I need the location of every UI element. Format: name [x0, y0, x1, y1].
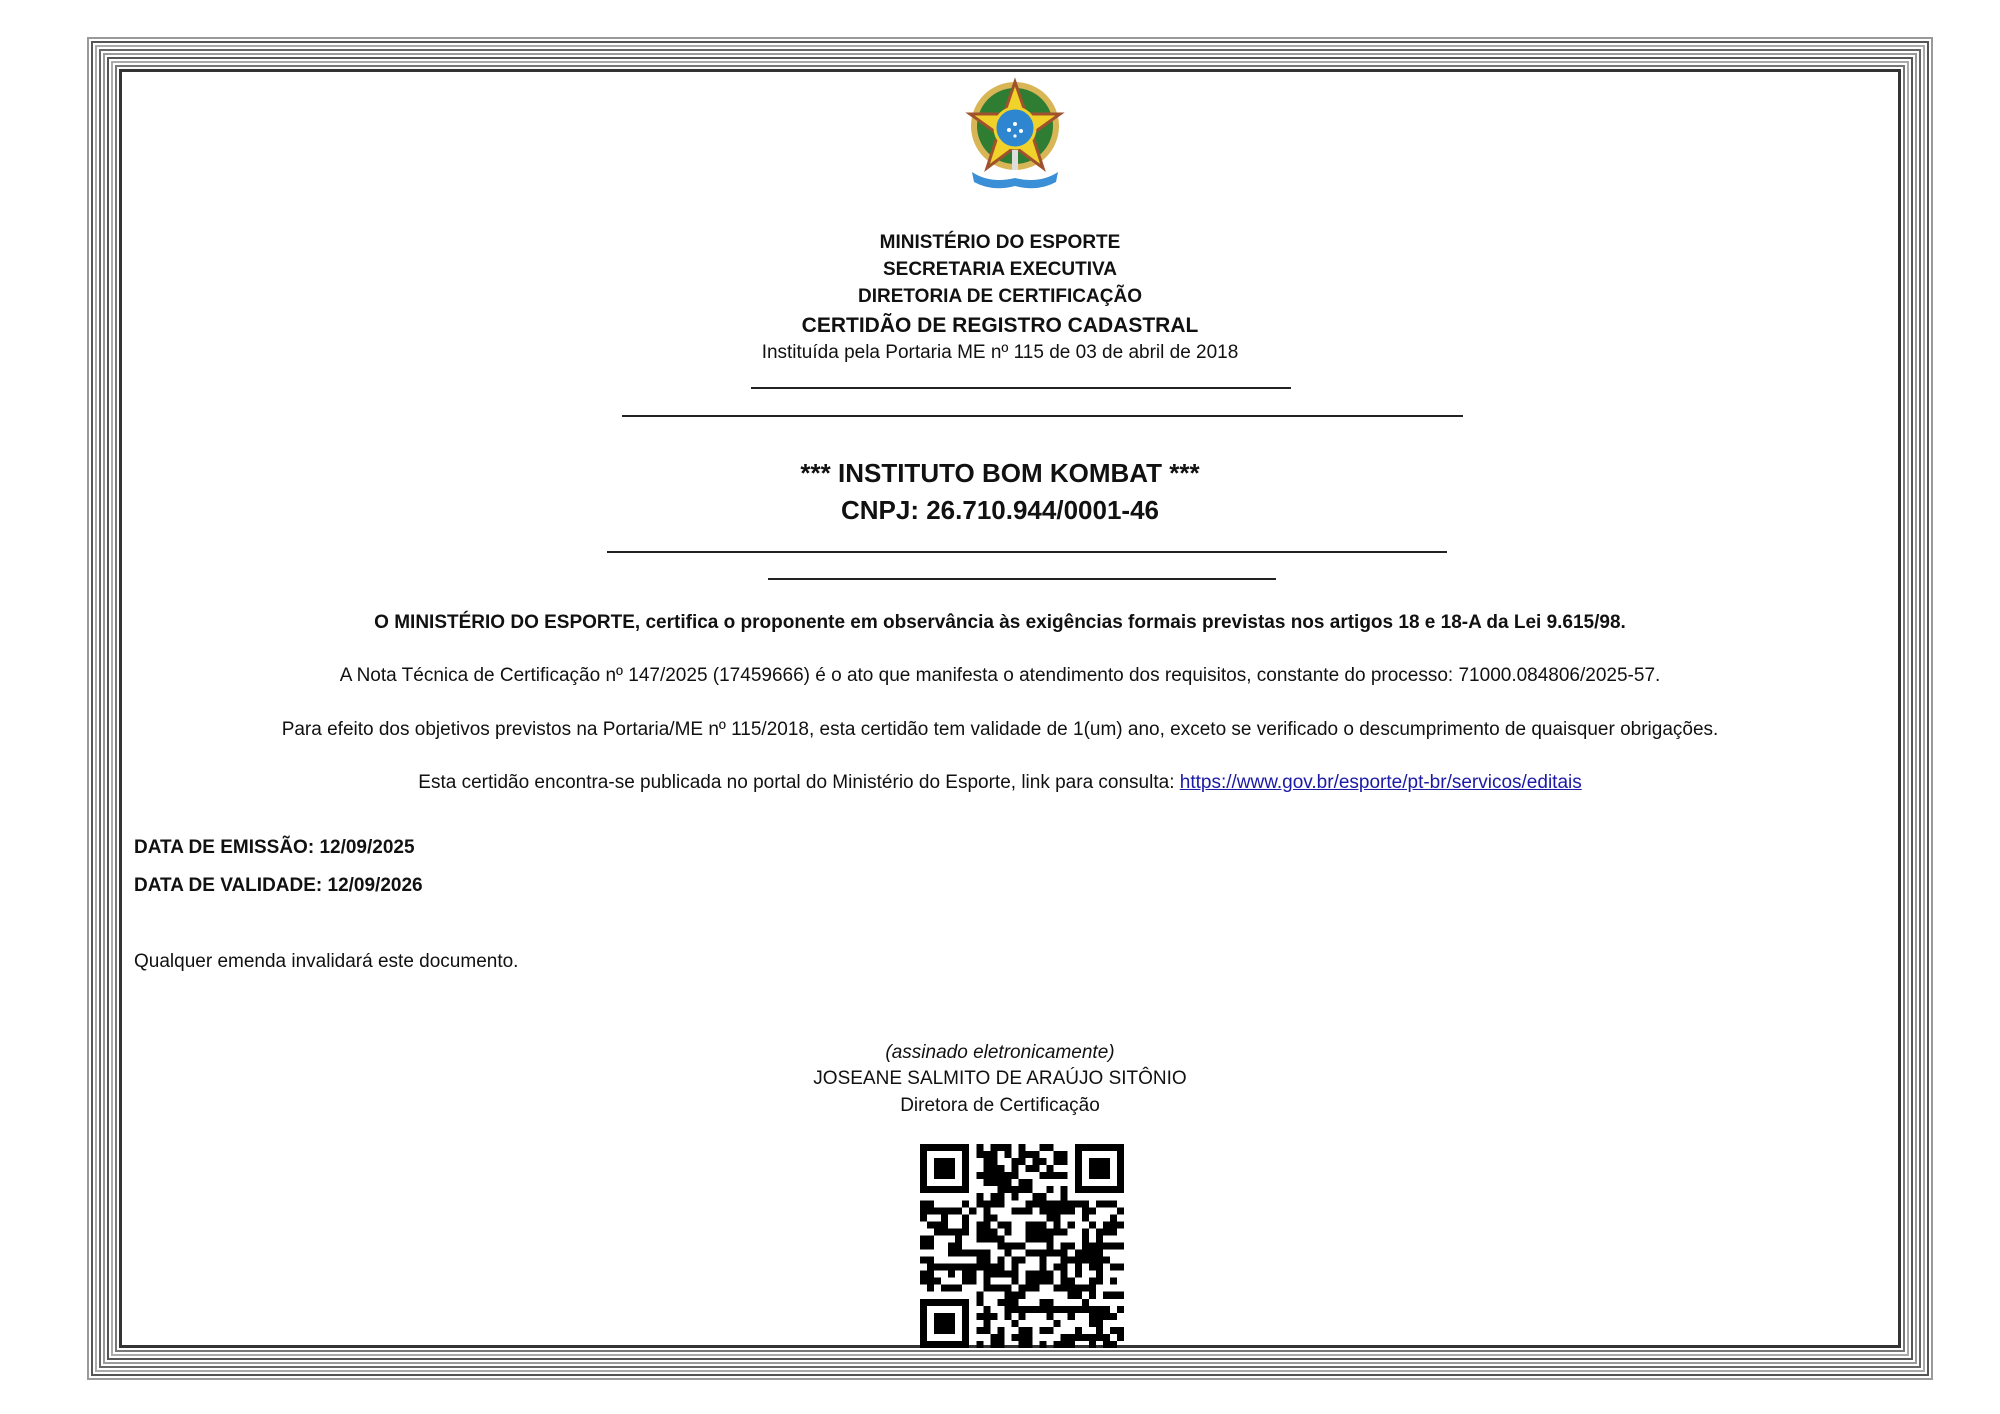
instituted-by: Instituída pela Portaria ME nº 115 de 03… — [0, 342, 2000, 364]
validity-date: DATA DE VALIDADE: 12/09/2026 — [134, 875, 423, 897]
technical-note: A Nota Técnica de Certificação nº 147/20… — [0, 665, 2000, 687]
issue-date-value: 12/09/2025 — [319, 837, 414, 858]
qr-code-icon[interactable] — [920, 1144, 1124, 1348]
validity-date-value: 12/09/2026 — [328, 875, 423, 896]
signature-status: (assinado eletronicamente) — [0, 1042, 2000, 1064]
directorate-name: DIRETORIA DE CERTIFICAÇÃO — [0, 284, 2000, 310]
divider — [751, 387, 1291, 389]
divider — [607, 551, 1447, 553]
divider — [768, 578, 1276, 580]
entity-name: *** INSTITUTO BOM KOMBAT *** — [0, 458, 2000, 489]
entity-cnpj: CNPJ: 26.710.944/0001-46 — [0, 495, 2000, 526]
signer-role: Diretora de Certificação — [0, 1095, 2000, 1117]
amendment-notice: Qualquer emenda invalidará este document… — [134, 951, 518, 973]
issue-date-label: DATA DE EMISSÃO: — [134, 837, 314, 858]
divider — [622, 415, 1463, 417]
validity-statement: Para efeito dos objetivos previstos na P… — [0, 719, 2000, 741]
brazil-coat-of-arms-icon — [960, 74, 1070, 194]
validity-date-label: DATA DE VALIDADE: — [134, 875, 322, 896]
secretariat-name: SECRETARIA EXECUTIVA — [0, 257, 2000, 283]
publication-text: Esta certidão encontra-se publicada no p… — [418, 772, 1179, 793]
issue-date: DATA DE EMISSÃO: 12/09/2025 — [134, 837, 415, 859]
signer-name: JOSEANE SALMITO DE ARAÚJO SITÔNIO — [0, 1068, 2000, 1090]
document-title: CERTIDÃO DE REGISTRO CADASTRAL — [0, 314, 2000, 338]
ministry-name: MINISTÉRIO DO ESPORTE — [0, 230, 2000, 256]
certification-statement: O MINISTÉRIO DO ESPORTE, certifica o pro… — [0, 612, 2000, 634]
editais-link[interactable]: https://www.gov.br/esporte/pt-br/servico… — [1180, 772, 1582, 793]
publication-statement: Esta certidão encontra-se publicada no p… — [0, 772, 2000, 794]
